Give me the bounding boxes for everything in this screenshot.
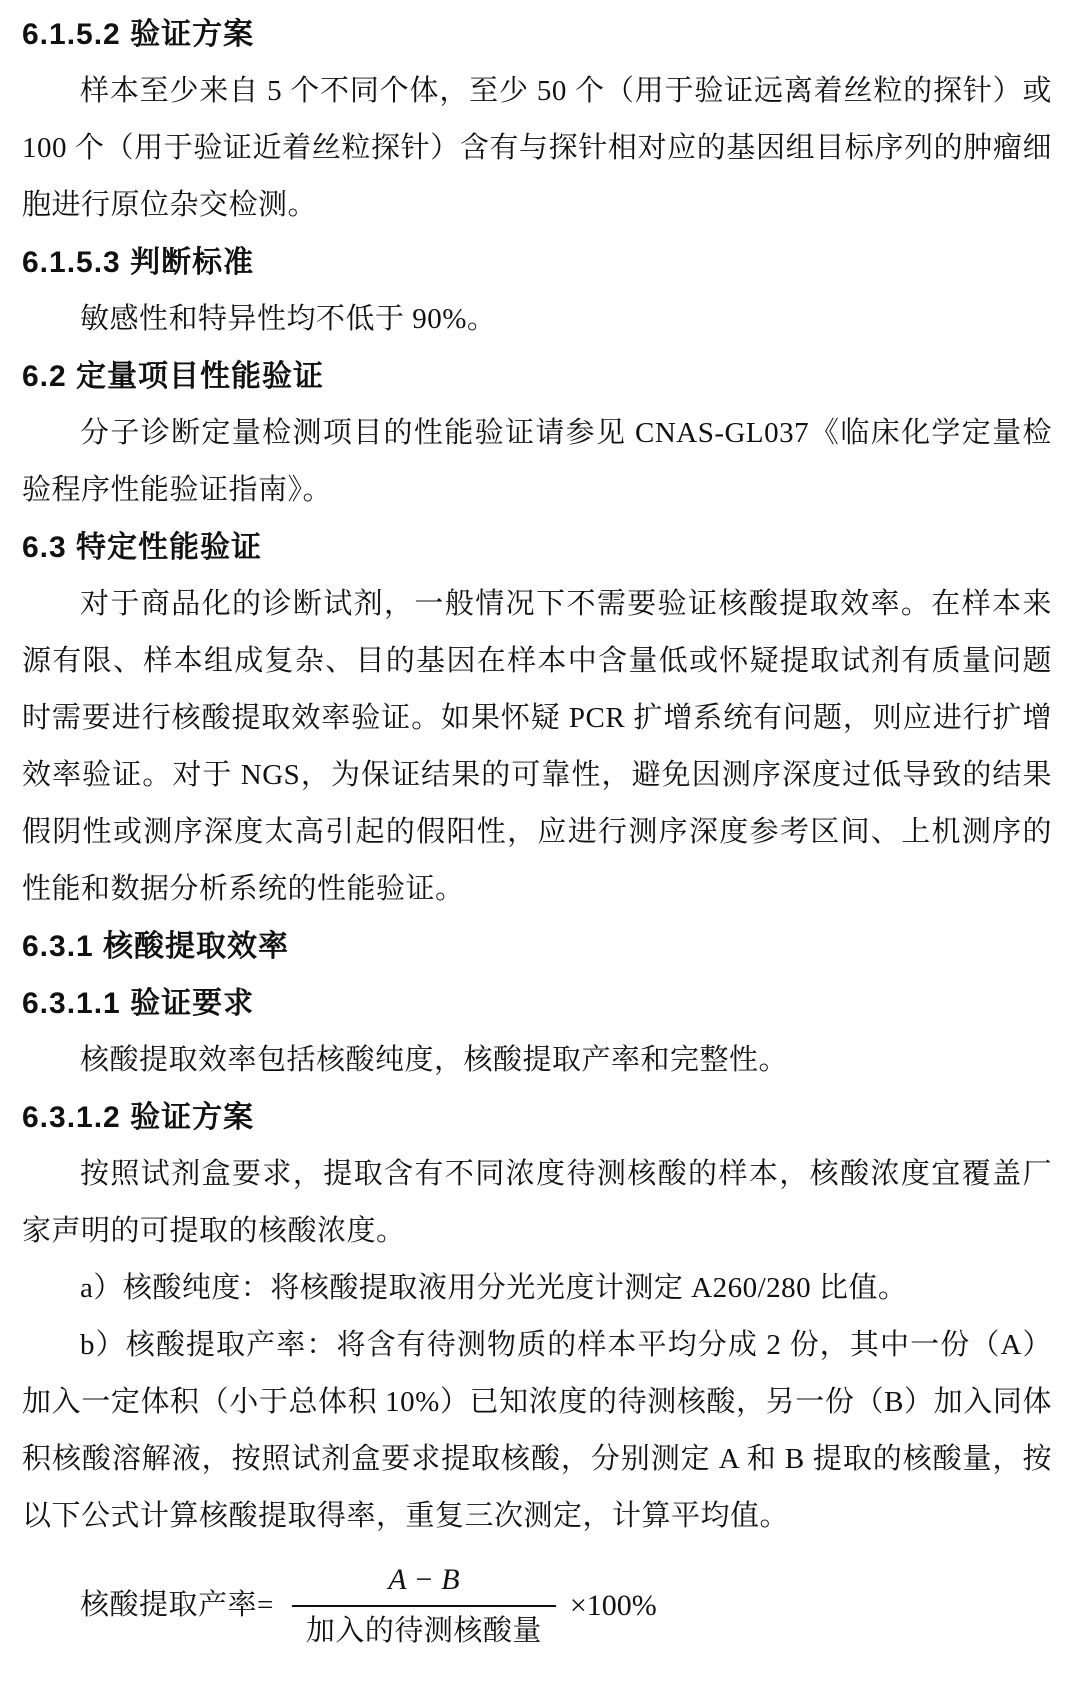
paragraph-quantitative-reference: 分子诊断定量检测项目的性能验证请参见 CNAS-GL037《临床化学定量检验程序… bbox=[22, 405, 1052, 519]
paragraph-item-b-yield: b）核酸提取产率：将含有待测物质的样本平均分成 2 份，其中一份（A）加入一定体… bbox=[22, 1317, 1052, 1545]
formula-lhs: 核酸提取产率= bbox=[80, 1577, 274, 1634]
formula-multiplier: ×100% bbox=[570, 1577, 657, 1634]
section-heading-6-1-5-3: 6.1.5.3 判断标准 bbox=[22, 234, 1052, 291]
section-heading-6-3-1-2: 6.3.1.2 验证方案 bbox=[22, 1089, 1052, 1146]
formula-numerator: A − B bbox=[378, 1563, 469, 1605]
section-heading-6-2: 6.2 定量项目性能验证 bbox=[22, 348, 1052, 405]
paragraph-extraction-plan: 按照试剂盒要求，提取含有不同浓度待测核酸的样本，核酸浓度宜覆盖厂家声明的可提取的… bbox=[22, 1146, 1052, 1260]
extraction-yield-formula: 核酸提取产率= A − B 加入的待测核酸量 ×100% bbox=[80, 1563, 1052, 1648]
paragraph-fish-sample: 样本至少来自 5 个不同个体，至少 50 个（用于验证远离着丝粒的探针）或 10… bbox=[22, 63, 1052, 234]
paragraph-extraction-requirements: 核酸提取效率包括核酸纯度，核酸提取产率和完整性。 bbox=[22, 1032, 1052, 1089]
section-heading-6-3: 6.3 特定性能验证 bbox=[22, 519, 1052, 576]
paragraph-item-a-purity: a）核酸纯度：将核酸提取液用分光光度计测定 A260/280 比值。 bbox=[22, 1260, 1052, 1317]
section-heading-6-3-1-1: 6.3.1.1 验证要求 bbox=[22, 975, 1052, 1032]
formula-denominator: 加入的待测核酸量 bbox=[292, 1607, 556, 1648]
paragraph-criteria: 敏感性和特异性均不低于 90%。 bbox=[22, 291, 1052, 348]
paragraph-specific-performance: 对于商品化的诊断试剂，一般情况下不需要验证核酸提取效率。在样本来源有限、样本组成… bbox=[22, 576, 1052, 918]
section-heading-6-1-5-2: 6.1.5.2 验证方案 bbox=[22, 6, 1052, 63]
document-page: 6.1.5.2 验证方案 样本至少来自 5 个不同个体，至少 50 个（用于验证… bbox=[0, 0, 1080, 1699]
formula-fraction: A − B 加入的待测核酸量 bbox=[292, 1563, 556, 1648]
section-heading-6-3-1: 6.3.1 核酸提取效率 bbox=[22, 918, 1052, 975]
